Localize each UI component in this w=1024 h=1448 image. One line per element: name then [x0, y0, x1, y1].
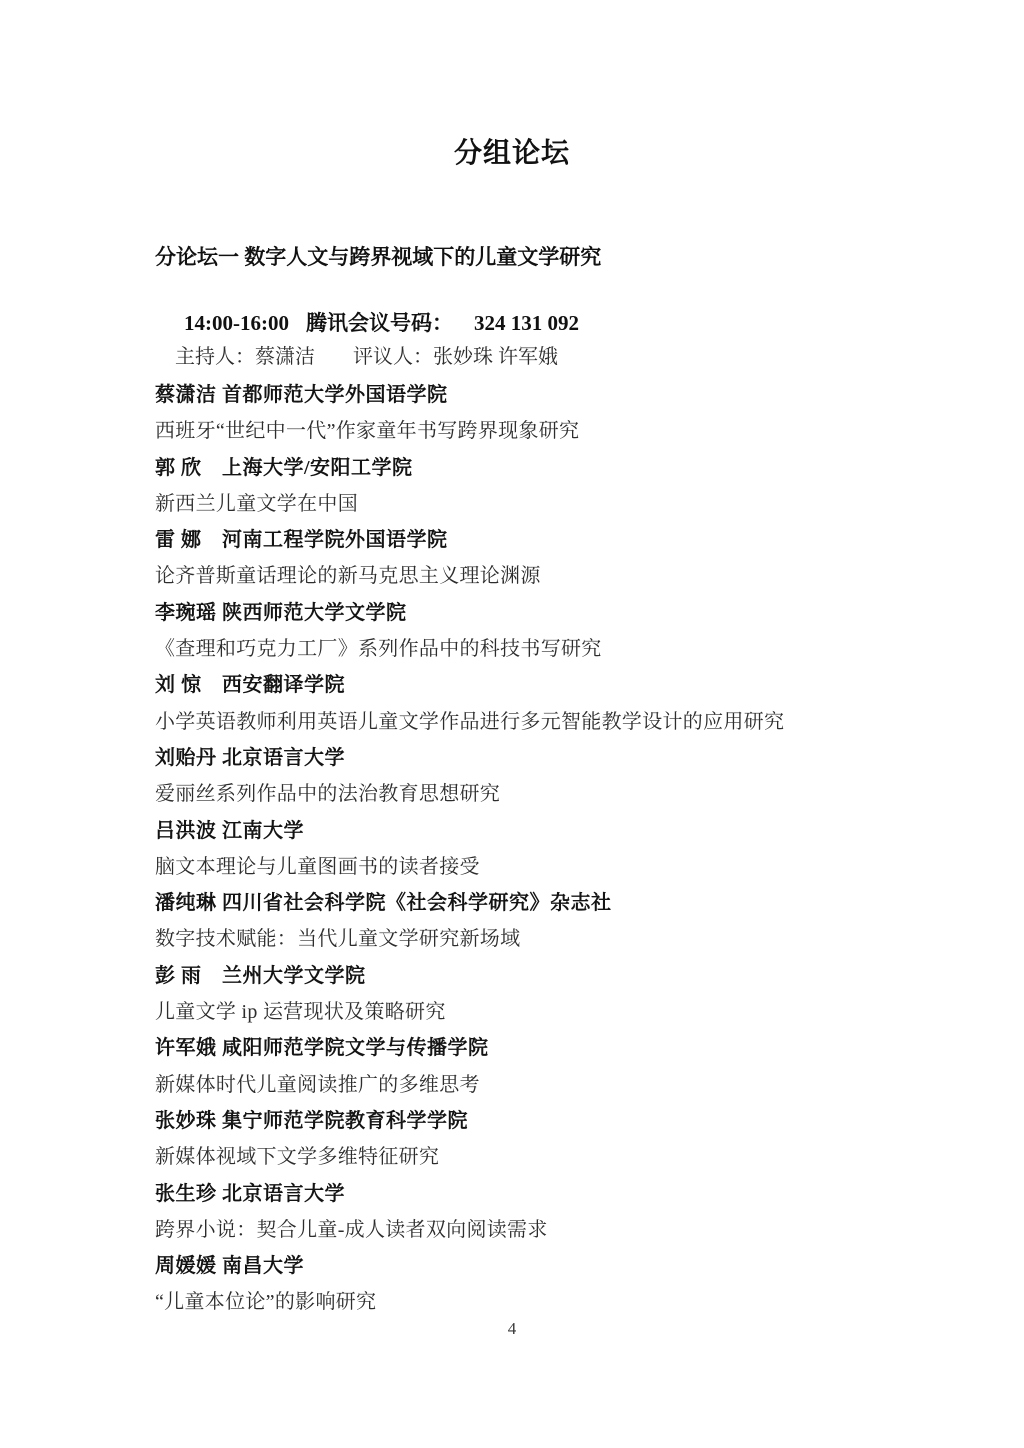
presenter-line: 许军娥 咸阳师范学院文学与传播学院	[155, 1030, 945, 1066]
presenter-line: 张生珍 北京语言大学	[155, 1176, 945, 1212]
page-title: 分组论坛	[0, 131, 1024, 171]
topic-line: 西班牙“世纪中一代”作家童年书写跨界现象研究	[155, 413, 945, 449]
forum-heading: 分论坛一 数字人文与跨界视域下的儿童文学研究	[155, 241, 601, 271]
topic-line: 小学英语教师利用英语儿童文学作品进行多元智能教学设计的应用研究	[155, 704, 945, 740]
topic-line: 跨界小说：契合儿童-成人读者双向阅读需求	[155, 1212, 945, 1248]
topic-line: 爱丽丝系列作品中的法治教育思想研究	[155, 776, 945, 812]
page-number: 4	[0, 1319, 1024, 1339]
topic-line: 论齐普斯童话理论的新马克思主义理论渊源	[155, 558, 945, 594]
document-page: 分组论坛 分论坛一 数字人文与跨界视域下的儿童文学研究 14:00-16:00腾…	[0, 0, 1024, 1448]
topic-line: “儿童本位论”的影响研究	[155, 1284, 945, 1320]
topic-line: 新媒体视域下文学多维特征研究	[155, 1139, 945, 1175]
topic-line: 新媒体时代儿童阅读推广的多维思考	[155, 1067, 945, 1103]
presenter-line: 周媛媛 南昌大学	[155, 1248, 945, 1284]
presenter-line: 彭 雨 兰州大学文学院	[155, 958, 945, 994]
presenter-line: 李琬瑶 陕西师范大学文学院	[155, 595, 945, 631]
presenter-line: 蔡潇洁 首都师范大学外国语学院	[155, 377, 945, 413]
topic-line: 数字技术赋能：当代儿童文学研究新场域	[155, 921, 945, 957]
presenter-line: 刘 惊 西安翻译学院	[155, 667, 945, 703]
reviewer-names: 张妙珠 许军娥	[433, 346, 558, 368]
reviewer-label: 评议人：	[353, 346, 433, 368]
topic-line: 新西兰儿童文学在中国	[155, 486, 945, 522]
presentation-list: 蔡潇洁 首都师范大学外国语学院 西班牙“世纪中一代”作家童年书写跨界现象研究 郭…	[155, 377, 945, 1321]
host-name: 蔡潇洁	[255, 346, 315, 368]
presenter-line: 潘纯琳 四川省社会科学院《社会科学研究》杂志社	[155, 885, 945, 921]
topic-line: 《查理和巧克力工厂》系列作品中的科技书写研究	[155, 631, 945, 667]
topic-line: 儿童文学 ip 运营现状及策略研究	[155, 994, 945, 1030]
presenter-line: 郭 欣 上海大学/安阳工学院	[155, 450, 945, 486]
presenter-line: 吕洪波 江南大学	[155, 813, 945, 849]
presenter-line: 雷 娜 河南工程学院外国语学院	[155, 522, 945, 558]
topic-line: 脑文本理论与儿童图画书的读者接受	[155, 849, 945, 885]
presenter-line: 张妙珠 集宁师范学院教育科学学院	[155, 1103, 945, 1139]
host-label: 主持人：	[175, 346, 255, 368]
presenter-line: 刘贻丹 北京语言大学	[155, 740, 945, 776]
